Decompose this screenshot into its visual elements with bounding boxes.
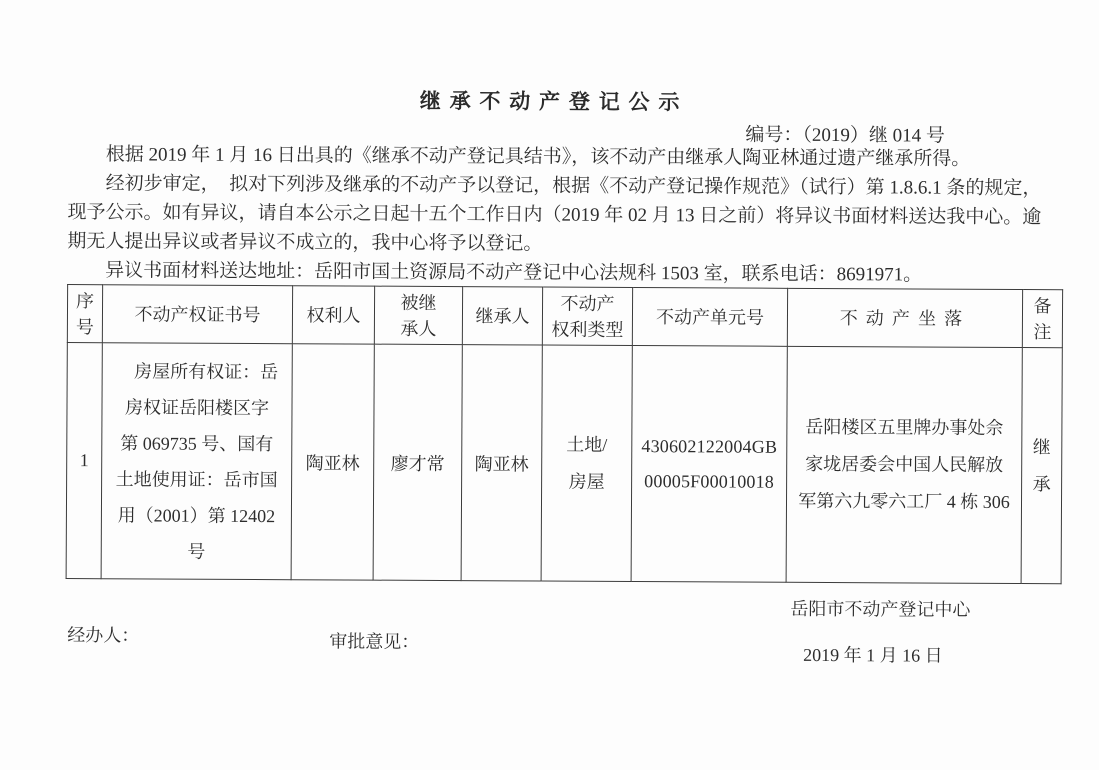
issue-date: 2019 年 1 月 16 日 bbox=[803, 641, 943, 668]
header-seq: 序号 bbox=[67, 285, 102, 343]
cell-decedent: 廖才常 bbox=[373, 344, 462, 580]
header-right-holder: 权利人 bbox=[292, 286, 374, 344]
cell-right-type: 土地/ 房屋 bbox=[541, 345, 632, 581]
cell-seq: 1 bbox=[66, 343, 102, 579]
registration-table: 序号 不动产权证书号 权利人 被继 承人 继承人 不动产 权利类型 不动产单元号… bbox=[66, 284, 1064, 584]
approval-label: 审批意见： bbox=[329, 627, 419, 653]
cell-right-holder: 陶亚林 bbox=[291, 344, 374, 580]
header-location: 不动产坐落 bbox=[787, 288, 1022, 347]
notice-title: 继承不动产登记公示 bbox=[0, 83, 1099, 119]
header-heir: 继承人 bbox=[462, 287, 542, 345]
issuer-name: 岳阳市不动产登记中心 bbox=[790, 595, 970, 622]
cell-unit-no: 430602122004GB 00005F00010018 bbox=[631, 345, 787, 582]
header-certificate-no: 不动产权证书号 bbox=[102, 285, 292, 344]
scanned-notice-page: 继承不动产登记公示 编号：（2019）继 014 号 根据 2019 年 1 月… bbox=[0, 0, 1099, 770]
cell-location: 岳阳楼区五里牌办事处佘 家垅居委会中国人民解放 军第六九零六工厂 4 栋 306 bbox=[786, 346, 1022, 583]
cell-heir: 陶亚林 bbox=[461, 345, 542, 581]
header-remark: 备注 bbox=[1022, 290, 1062, 348]
notice-body: 根据 2019 年 1 月 16 日出具的《继承不动产登记具结书》，该不动产由继… bbox=[67, 140, 1058, 290]
header-unit-no: 不动产单元号 bbox=[632, 288, 787, 347]
cell-certificate-no: 房屋所有权证：岳 房权证岳阳楼区字 第 069735 号、国有 土地使用证：岳市… bbox=[101, 343, 292, 580]
handler-label: 经办人： bbox=[67, 621, 139, 647]
cell-remark: 继承 bbox=[1021, 348, 1062, 584]
scan-content: 继承不动产登记公示 编号：（2019）继 014 号 根据 2019 年 1 月… bbox=[0, 0, 1099, 770]
header-right-type: 不动产 权利类型 bbox=[542, 287, 632, 345]
table-header-row: 序号 不动产权证书号 权利人 被继 承人 继承人 不动产 权利类型 不动产单元号… bbox=[67, 285, 1062, 348]
table-row: 1 房屋所有权证：岳 房权证岳阳楼区字 第 069735 号、国有 土地使用证：… bbox=[66, 343, 1062, 584]
header-decedent: 被继 承人 bbox=[374, 286, 462, 344]
